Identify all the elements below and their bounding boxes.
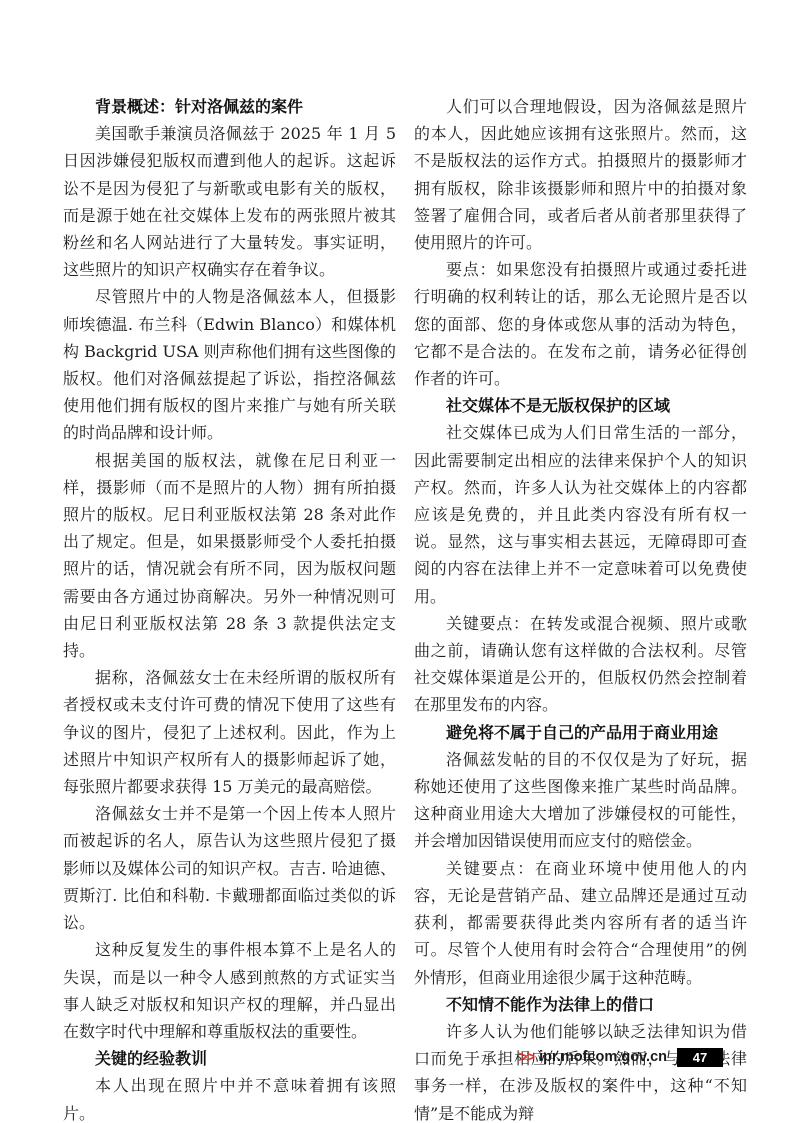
section-heading: 社交媒体不是无版权保护的区域: [414, 392, 747, 419]
right-column: 人们可以合理地假设，因为洛佩兹是照片的本人，因此她应该拥有这张照片。然而，这不是…: [414, 93, 747, 1123]
section-heading: 不知情不能作为法律上的借口: [414, 991, 747, 1018]
body-paragraph: 本人出现在照片中并不意味着拥有该照片。: [63, 1072, 396, 1123]
body-paragraph: 许多人认为他们能够以缺乏法律知识为借口而免于承担相应的后果。然而，与其他法律事务…: [414, 1018, 747, 1123]
body-paragraph: 尽管照片中的人物是洛佩兹本人，但摄影师埃德温. 布兰科（Edwin Blanco…: [63, 283, 396, 446]
body-paragraph: 据称，洛佩兹女士在未经所谓的版权所有者授权或未支付许可费的情况下使用了这些有争议…: [63, 664, 396, 800]
body-paragraph: 根据美国的版权法，就像在尼日利亚一样，摄影师（而不是照片的人物）拥有所拍摄照片的…: [63, 447, 396, 665]
page-number-badge: 47: [677, 1048, 723, 1067]
document-page: 背景概述：针对洛佩兹的案件美国歌手兼演员洛佩兹于 2025 年 1 月 5 日因…: [0, 0, 794, 1123]
page-footer: >> ipr.mofcom.gov.cn 47: [0, 1046, 723, 1068]
body-paragraph: 关键要点：在商业环境中使用他人的内容，无论是营销产品、建立品牌还是通过互动获利，…: [414, 855, 747, 991]
footer-url[interactable]: ipr.mofcom.gov.cn: [539, 1049, 667, 1065]
article-body: 背景概述：针对洛佩兹的案件美国歌手兼演员洛佩兹于 2025 年 1 月 5 日因…: [63, 93, 747, 1123]
body-paragraph: 关键要点：在转发或混合视频、照片或歌曲之前，请确认您有这样做的合法权利。尽管社交…: [414, 610, 747, 719]
body-paragraph: 要点：如果您没有拍摄照片或通过委托进行明确的权利转让的话，那么无论照片是否以您的…: [414, 256, 747, 392]
body-paragraph: 人们可以合理地假设，因为洛佩兹是照片的本人，因此她应该拥有这张照片。然而，这不是…: [414, 93, 747, 256]
body-paragraph: 社交媒体已成为人们日常生活的一部分，因此需要制定出相应的法律来保护个人的知识产权…: [414, 419, 747, 609]
body-paragraph: 这种反复发生的事件根本算不上是名人的失误，而是以一种令人感到煎熬的方式证实当事人…: [63, 936, 396, 1045]
body-paragraph: 洛佩兹发帖的目的不仅仅是为了好玩，据称她还使用了这些图像来推广某些时尚品牌。这种…: [414, 746, 747, 855]
section-heading: 避免将不属于自己的产品用于商业用途: [414, 719, 747, 746]
double-chevron-right-icon: >>: [519, 1048, 535, 1066]
section-heading: 背景概述：针对洛佩兹的案件: [63, 93, 396, 120]
body-paragraph: 洛佩兹女士并不是第一个因上传本人照片而被起诉的名人，原告认为这些照片侵犯了摄影师…: [63, 800, 396, 936]
left-column: 背景概述：针对洛佩兹的案件美国歌手兼演员洛佩兹于 2025 年 1 月 5 日因…: [63, 93, 396, 1123]
body-paragraph: 美国歌手兼演员洛佩兹于 2025 年 1 月 5 日因涉嫌侵犯版权而遭到他人的起…: [63, 120, 396, 283]
